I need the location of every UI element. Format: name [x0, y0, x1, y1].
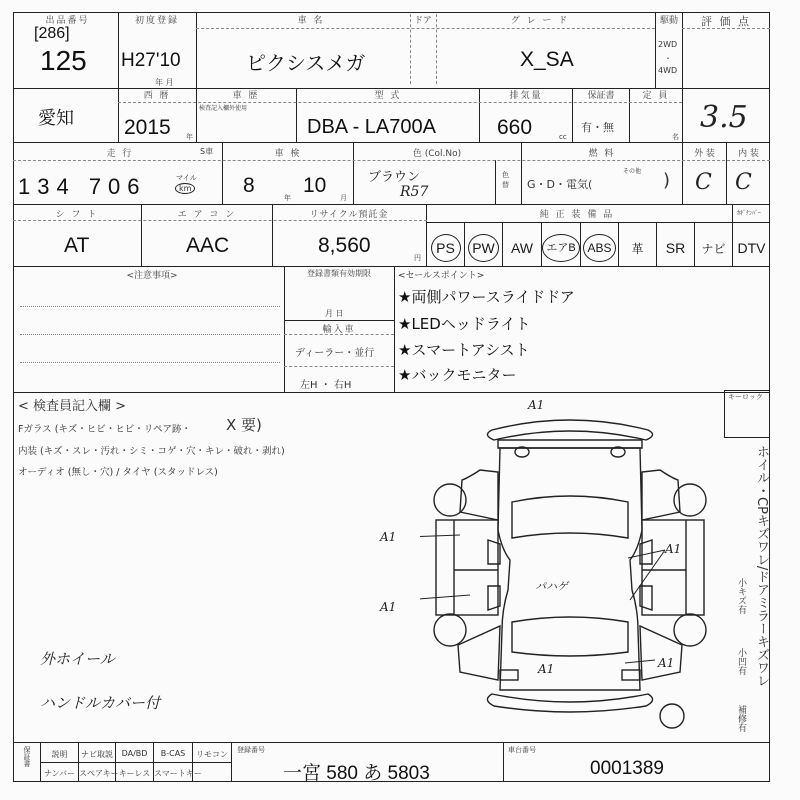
import-type: ディーラー・並行 — [295, 344, 374, 359]
hand-note: ハンドルカバー付 — [40, 692, 160, 713]
sales-point: ★LEDヘッドライト — [398, 313, 530, 334]
caution-label: <注意事項> — [20, 268, 284, 281]
mileage: 134 706 — [18, 174, 147, 200]
damage-mark: パハゲ — [535, 578, 568, 594]
model-code: DBA - LA700A — [307, 116, 436, 139]
score-label: 評 価 点 — [684, 13, 768, 29]
lot-sub: [286] — [34, 25, 70, 43]
car-damage-diagram — [420, 390, 720, 735]
recycle-fee: 8,560 — [318, 234, 371, 258]
damage-mark: A1 — [538, 662, 554, 676]
lot-number: 125 — [40, 45, 87, 77]
equip-leather: 革 — [619, 231, 656, 265]
first-reg-value: H27'10 — [121, 50, 181, 72]
warranty: 有・無 — [581, 119, 614, 135]
sales-point: ★両側パワースライドドア — [398, 286, 575, 307]
grade: X_SA — [520, 48, 574, 72]
chassis-number: 0001389 — [590, 758, 664, 780]
inspection-month: 10 — [303, 174, 326, 198]
sales-label: <セールスポイント> — [398, 268, 484, 281]
first-reg-label: 初度登録 — [120, 13, 194, 26]
drive-2wd: 2WD — [658, 40, 677, 49]
drive-4wd: 4WD — [658, 66, 677, 75]
displacement: 660 — [497, 116, 532, 140]
car-name: ピクシスメガ — [246, 47, 365, 76]
car-name-label: 車 名 — [196, 13, 426, 26]
color-number: R57 — [400, 184, 428, 200]
hand-note: 外ホイール — [40, 648, 115, 669]
equip-sr: SR — [657, 231, 694, 265]
equip-abs: ABS — [581, 231, 618, 265]
score: 3.5 — [700, 100, 748, 135]
drive-label: 駆動 — [656, 13, 682, 26]
equip-ps: PS — [427, 231, 464, 265]
door-label: ドア — [412, 13, 434, 26]
grade-label: グ レ ー ド — [440, 13, 640, 26]
handle-side: 左H ・ 右H — [300, 376, 351, 391]
interior-line: 内装 (キズ・スレ・汚れ・シミ・コゲ・穴・キレ・破れ・剥れ) — [18, 443, 285, 457]
damage-mark: A1 — [380, 530, 396, 544]
air-conditioning: AAC — [186, 234, 229, 258]
model-year: 2015 — [124, 116, 171, 140]
sales-point: ★スマートアシスト — [398, 339, 530, 360]
color: ブラウン — [368, 166, 420, 185]
side-text: ホイル・CPキズワレ/ドアミラーキズワレ — [752, 445, 771, 687]
exterior-grade: C — [695, 170, 712, 195]
equip-airbag: エアB — [542, 231, 580, 265]
damage-mark: A1 — [528, 398, 544, 412]
inspector-title: < 検査員記入欄 > — [18, 395, 126, 414]
interior-grade: C — [735, 170, 752, 195]
equip-pw: PW — [465, 231, 502, 265]
glass-line: Fガラス (キズ・ヒビ・ヒビ・リペア跡・ — [18, 421, 191, 435]
damage-mark: A1 — [380, 600, 396, 614]
sales-point: ★バックモニター — [398, 364, 516, 385]
license-plate: 一宮 580 あ 5803 — [283, 758, 430, 785]
inspection-year: 8 — [243, 174, 255, 198]
transmission: AT — [64, 234, 89, 258]
fuel: G・D・電気( — [527, 176, 592, 192]
damage-mark: A1 — [658, 656, 674, 670]
audio-line: オーディオ (無し・穴) / タイヤ (スタッドレス) — [18, 464, 218, 478]
equip-dtv: DTV — [733, 231, 770, 265]
equip-aw: AW — [503, 231, 541, 265]
region: 愛知 — [38, 104, 74, 130]
equip-navi: ナビ — [695, 231, 732, 265]
damage-mark: A1 — [665, 542, 681, 556]
